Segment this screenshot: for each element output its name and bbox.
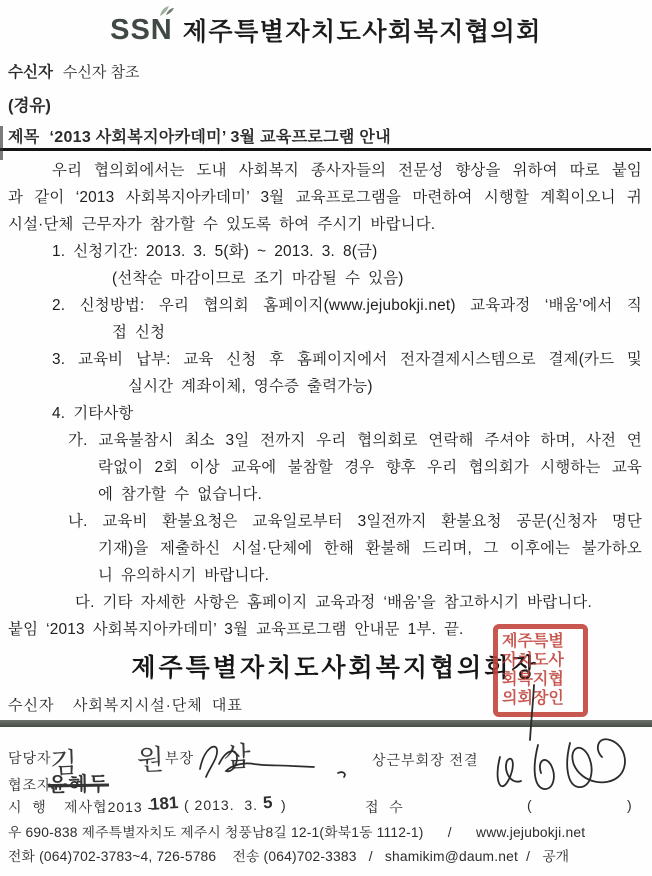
cooperator-signature: 윤혜두 bbox=[48, 767, 109, 797]
cooperator-label: 협조자 bbox=[8, 775, 52, 795]
address-line: 우 690-838 제주특별자치도 제주시 청풍남8길 12-1(화북1동 11… bbox=[8, 821, 585, 841]
body-line: 접 신청 bbox=[0, 319, 652, 346]
dispatch-label: 시 행 bbox=[8, 797, 47, 817]
vice-chair-signature bbox=[492, 683, 648, 803]
org-name: 제주특별자치도사회복지협의회 bbox=[183, 12, 542, 48]
vice-chair-label: 상근부회장 전결 bbox=[372, 750, 479, 770]
header-divider bbox=[0, 148, 651, 151]
final-recipient-label: 수신자 bbox=[8, 697, 54, 714]
body-line: 다. 기타 자세한 사항은 홈페이지 교육과정 ‘배움’을 참고하시기 바랍니다… bbox=[0, 589, 652, 616]
letterhead: SSN 제주특별자치도사회복지협의회 bbox=[0, 12, 652, 48]
doc-date-prefix: ( 2013. 3. bbox=[184, 797, 258, 813]
body-line: 3. 교육비 납부: 교육 신청 후 홈페이지에서 전자결제시스템으로 결제(카… bbox=[0, 346, 652, 373]
document-page: SSN 제주특별자치도사회복지협의회 수신자수신자 참조 (경유) 제목‘201… bbox=[0, 0, 652, 876]
receipt-paren-close: ) bbox=[627, 797, 633, 813]
receipt-paren-open: ( bbox=[527, 797, 533, 813]
ssn-logo: SSN bbox=[110, 14, 173, 47]
final-recipient-row: 수신자 사회복지시설·단체 대표 bbox=[8, 694, 243, 715]
subject-value: ‘2013 사회복지아카데미’ 3월 교육프로그램 안내 bbox=[50, 129, 391, 146]
body-line: 우리 협의회에서는 도내 사회복지 종사자들의 전문성 향상을 위하여 따로 붙… bbox=[0, 157, 652, 184]
subject-row: 제목‘2013 사회복지아카데미’ 3월 교육프로그램 안내 bbox=[8, 124, 391, 147]
body-line: 니 유의하시기 바랍니다. bbox=[0, 562, 652, 589]
body-line: 과 같이 ‘2013 사회복지아카데미’ 3월 교육프로그램을 마련하여 시행할… bbox=[0, 184, 652, 211]
via-label: (경유) bbox=[8, 92, 51, 116]
contact-line: 전화 (064)702-3783~4, 726-5786 전송 (064)702… bbox=[8, 845, 569, 865]
final-recipient-value: 사회복지시설·단체 대표 bbox=[73, 697, 243, 714]
body-line: 1. 신청기간: 2013. 3. 5(화) ~ 2013. 3. 8(금) bbox=[0, 238, 652, 265]
recipient-value: 수신자 참조 bbox=[63, 64, 140, 81]
letter-body: 우리 협의회에서는 도내 사회복지 종사자들의 전문성 향상을 위하여 따로 붙… bbox=[0, 157, 652, 643]
body-line: 시설·단체 근무자가 참가할 수 있도록 하여 주시기 바랍니다. bbox=[0, 211, 652, 238]
recipient-row: 수신자수신자 참조 bbox=[8, 60, 140, 82]
body-line: 락없이 2회 이상 교육에 불참할 경우 향후 우리 협의회가 시행하는 교육 bbox=[0, 454, 652, 481]
doc-number-handwritten: 181 bbox=[149, 793, 179, 815]
body-line: 나. 교육비 환불요청은 교육일로부터 3일전까지 환불요청 공문(신청자 명단 bbox=[0, 508, 652, 535]
body-line: 기재)을 제출하신 시설·단체에 한해 환불해 드리며, 그 이후에는 불가하오 bbox=[0, 535, 652, 562]
subject-label: 제목 bbox=[8, 129, 40, 146]
body-line: 4. 기타사항 bbox=[0, 400, 652, 427]
stamp-row: 자치도사 bbox=[500, 651, 581, 670]
body-line: 실시간 계좌이체, 영수증 출력가능) bbox=[0, 373, 652, 400]
manager-label: 담당자 bbox=[8, 748, 52, 768]
receipt-label: 접 수 bbox=[365, 797, 404, 817]
doc-date-handwritten: 5 bbox=[262, 793, 273, 814]
body-line: 에 참가할 수 없습니다. bbox=[0, 481, 652, 508]
recipient-label: 수신자 bbox=[8, 64, 53, 81]
body-line: (선착순 마감이므로 조기 마감될 수 있음) bbox=[0, 265, 652, 292]
ssn-logo-text: SSN bbox=[110, 14, 173, 46]
leaf-icon bbox=[157, 5, 175, 17]
doc-number-prefix: 제사협2013 - bbox=[64, 797, 153, 817]
stamp-row: 제주특별 bbox=[500, 632, 581, 651]
director-signature bbox=[192, 736, 372, 782]
doc-date-suffix: ) bbox=[281, 797, 287, 813]
body-line: 가. 교육불참시 최소 3일 전까지 우리 협의회로 연락해 주셔야 하며, 사… bbox=[0, 427, 652, 454]
director-label: 부장 bbox=[165, 748, 194, 768]
body-line: 2. 신청방법: 우리 협의회 홈페이지(www.jejubokji.net) … bbox=[0, 292, 652, 319]
scan-artifact bbox=[0, 126, 3, 160]
